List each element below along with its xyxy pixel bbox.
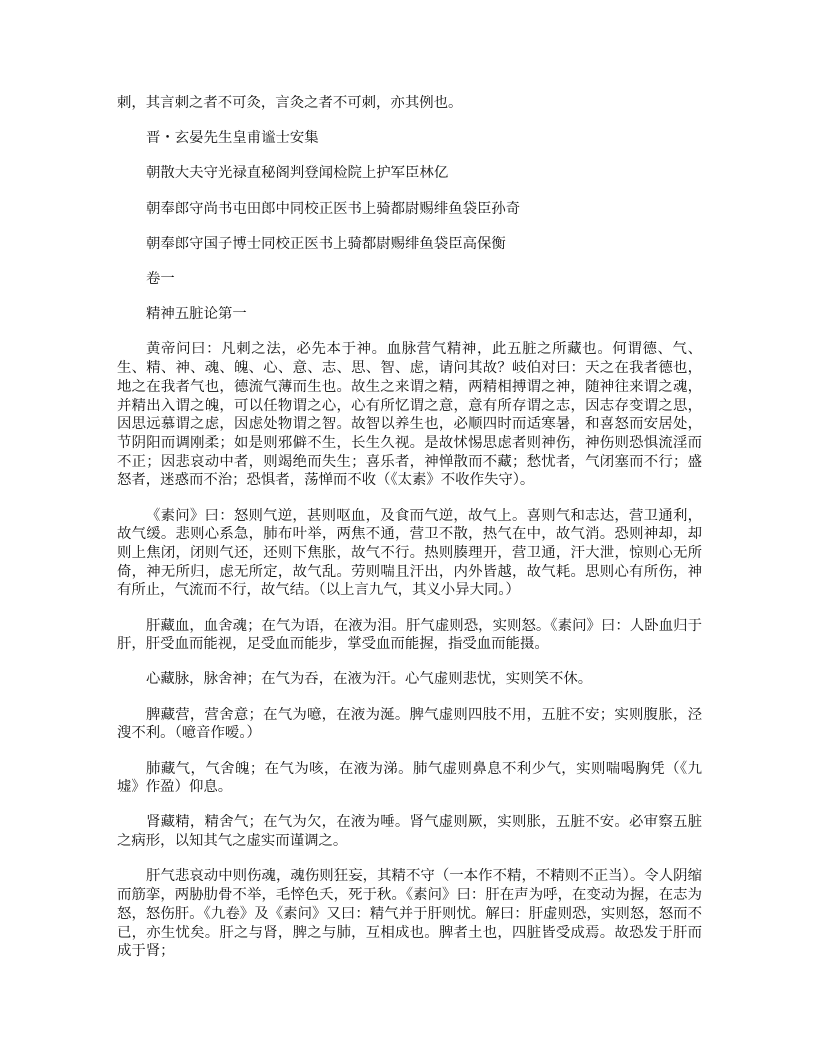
chapter-title: 精神五脏论第一	[117, 305, 702, 324]
editor-credit-gao-baoheng: 朝奉郎守国子博士同校正医书上骑都尉赐绯鱼袋臣高保衡	[117, 235, 702, 254]
editor-credit-sun-qi: 朝奉郎守尚书屯田郎中同校正医书上骑都尉赐绯鱼袋臣孙奇	[117, 200, 702, 219]
document-page: 刺，其言刺之者不可灸，言灸之者不可刺，亦其例也。 晋・玄晏先生皇甫谧士安集 朝散…	[117, 94, 702, 977]
editor-credit-lin-yi: 朝散大夫守光禄直秘阁判登闻检院上护军臣林亿	[117, 164, 702, 183]
paragraph-body: 肾藏精，精舍气；在气为欠，在液为唾。肾气虚则厥，实则胀，五脏不安。必审察五脏之病…	[117, 813, 702, 850]
paragraph-body: 肺藏气，气舍魄；在气为咳，在液为涕。肺气虚则鼻息不利少气，实则喘喝胸凭（《九墟》…	[117, 760, 702, 797]
paragraph-body: 脾藏营，营舍意；在气为噫，在液为涎。脾气虚则四肢不用，五脏不安；实则腹胀，泾溲不…	[117, 706, 702, 743]
paragraph-body: 肝藏血，血舍魂；在气为语，在液为泪。肝气虚则恐，实则怒。《素问》曰：人卧血归于肝…	[117, 617, 702, 654]
volume-title: 卷一	[117, 270, 702, 289]
paragraph-body: 黄帝问曰：凡刺之法，必先本于神。血脉营气精神，此五脏之所藏也。何谓德、气、生、精…	[117, 340, 702, 490]
paragraph-body: 心藏脉，脉舍神；在气为吞，在液为汗。心气虚则悲忧，实则笑不休。	[117, 670, 702, 689]
paragraph-body: 肝气悲哀动中则伤魂，魂伤则狂妄，其精不守（一本作不精，不精则不正当）。令人阴缩而…	[117, 867, 702, 961]
compiler-credit: 晋・玄晏先生皇甫谧士安集	[117, 129, 702, 148]
paragraph-body: 《素问》曰：怒则气逆，甚则呕血，及食而气逆，故气上。喜则气和志达，营卫通利，故气…	[117, 507, 702, 601]
paragraph-continuation: 刺，其言刺之者不可灸，言灸之者不可刺，亦其例也。	[117, 94, 702, 113]
